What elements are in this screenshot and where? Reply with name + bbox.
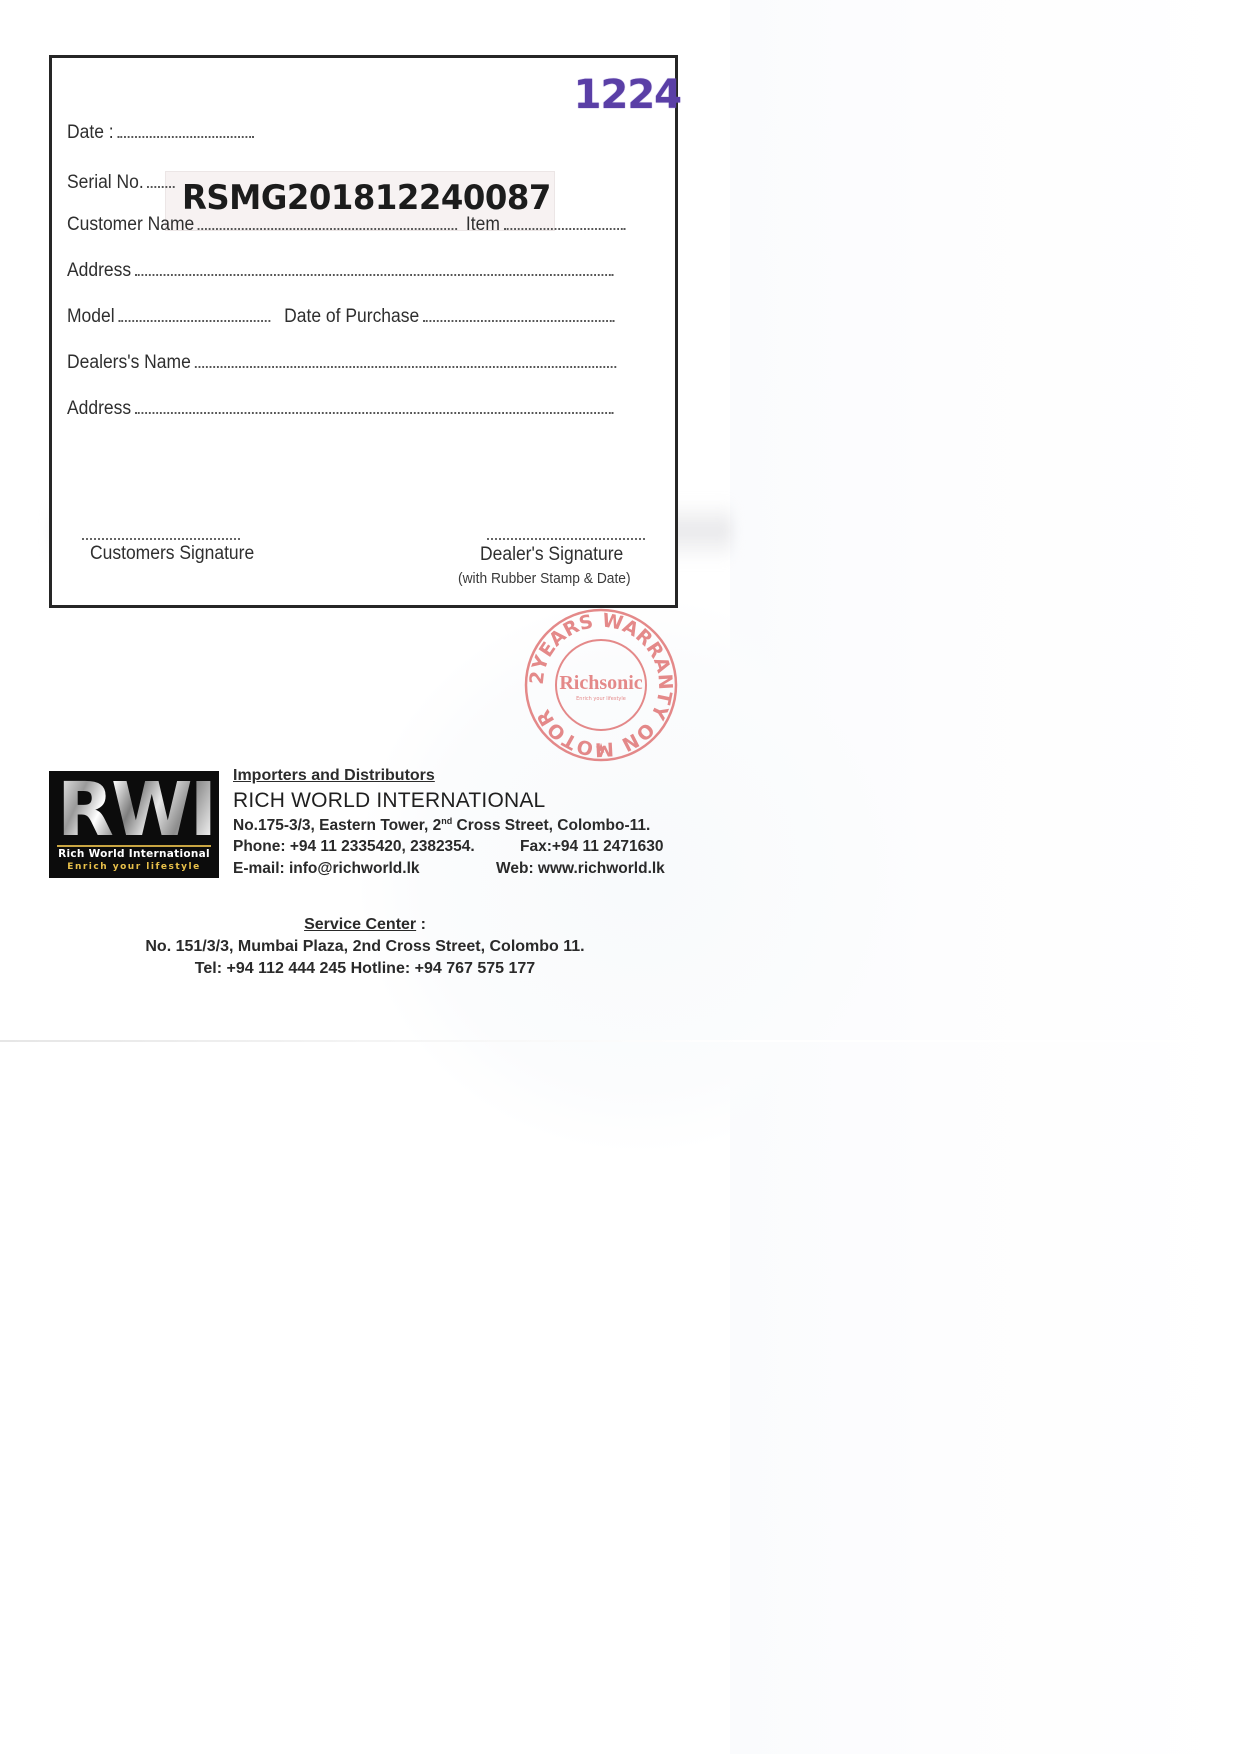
service-center-title: Service Center <box>304 916 416 933</box>
serial-blank <box>147 184 175 188</box>
dealer-name-field[interactable]: Dealers's Name <box>67 352 616 374</box>
card-number-stamp: 1224 <box>574 72 681 118</box>
company-web[interactable]: Web: www.richworld.lk <box>496 860 665 878</box>
stamp-brand: Richsonic <box>559 672 642 694</box>
dealer-signature-line[interactable] <box>487 538 645 540</box>
address-part: Cross Street, Colombo-11. <box>452 817 650 834</box>
model-field[interactable]: Model Date of Purchase <box>67 306 614 328</box>
dealer-signature-note: (with Rubber Stamp & Date) <box>458 570 631 587</box>
address-superscript: nd <box>441 816 452 826</box>
model-blank <box>118 318 270 322</box>
logo-tagline: Enrich your lifestyle <box>49 862 219 872</box>
address-blank <box>135 272 613 276</box>
warranty-stamp: 2YEARS WARRANTY ON MOTOR Richsonic Enric… <box>523 607 679 763</box>
logo-divider <box>57 845 211 847</box>
company-name: RICH WORLD INTERNATIONAL <box>233 789 545 813</box>
dealer-address-blank <box>135 410 613 414</box>
stamp-tagline: Enrich your lifestyle <box>576 696 626 702</box>
warranty-card: 1224 Date : Serial No. RSMG201812240087 … <box>49 55 678 608</box>
customer-signature-line[interactable] <box>82 538 240 540</box>
logo-letters: RWI <box>57 775 211 841</box>
item-label: Item <box>466 214 500 235</box>
serial-number: RSMG201812240087 <box>182 178 551 218</box>
service-center-heading: Service Center : <box>0 916 730 934</box>
logo-company-name: Rich World International <box>49 848 219 860</box>
item-blank <box>504 226 625 230</box>
date-blank <box>117 134 253 138</box>
customer-name-blank <box>198 226 457 230</box>
date-of-purchase-label: Date of Purchase <box>284 306 419 327</box>
date-of-purchase-blank <box>423 318 614 322</box>
customer-name-field[interactable]: Customer Name Item <box>67 214 625 236</box>
company-fax: Fax:+94 11 2471630 <box>520 838 664 856</box>
service-center-contact: Tel: +94 112 444 245 Hotline: +94 767 57… <box>0 960 730 978</box>
dealer-name-blank <box>194 364 615 368</box>
company-email[interactable]: E-mail: info@richworld.lk <box>233 860 420 878</box>
company-heading: Importers and Distributors <box>233 767 435 785</box>
service-center-address: No. 151/3/3, Mumbai Plaza, 2nd Cross Str… <box>0 938 730 956</box>
address-field[interactable]: Address <box>67 260 613 282</box>
company-phone: Phone: +94 11 2335420, 2382354. <box>233 838 475 856</box>
dealer-address-field[interactable]: Address <box>67 398 613 420</box>
dealer-name-label: Dealers's Name <box>67 352 191 373</box>
serial-field: Serial No. <box>67 172 175 194</box>
address-label: Address <box>67 260 131 281</box>
scan-fold-line <box>0 1040 1240 1042</box>
rwi-logo: RWI Rich World International Enrich your… <box>49 771 219 878</box>
customer-signature-label: Customers Signature <box>90 543 254 565</box>
serial-label: Serial No. <box>67 172 144 193</box>
dealer-signature-label: Dealer's Signature <box>480 544 623 566</box>
company-address: No.175-3/3, Eastern Tower, 2nd Cross Str… <box>233 816 650 835</box>
customer-name-label: Customer Name <box>67 214 194 235</box>
date-label: Date : <box>67 122 114 143</box>
dealer-address-label: Address <box>67 398 131 419</box>
model-label: Model <box>67 306 115 327</box>
star-icon: ★ <box>595 741 608 757</box>
service-center-colon: : <box>416 916 426 933</box>
date-field[interactable]: Date : <box>67 122 253 144</box>
address-part: No.175-3/3, Eastern Tower, 2 <box>233 817 441 834</box>
